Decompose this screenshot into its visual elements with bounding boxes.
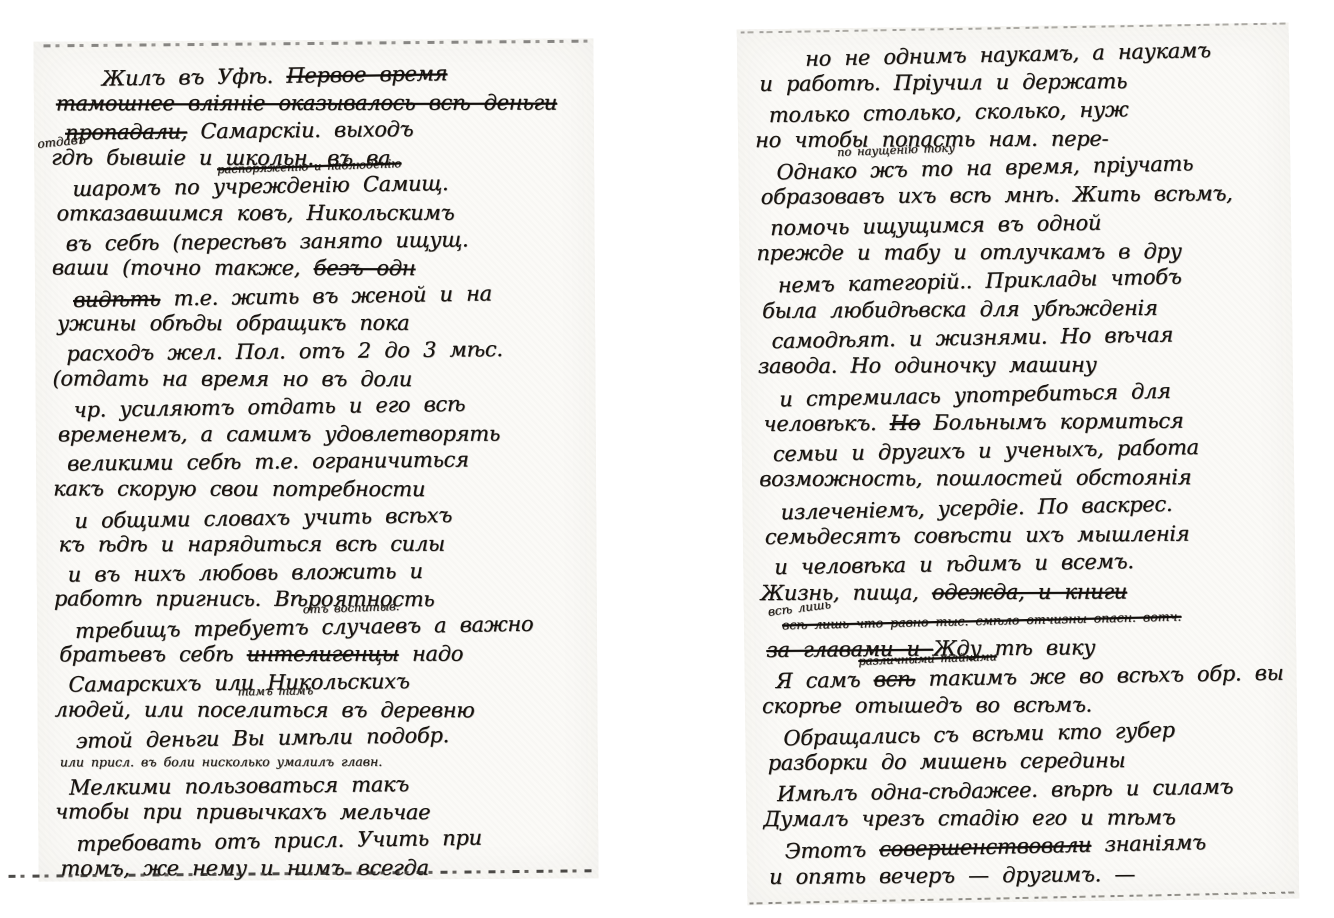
manuscript-line: великими себѣ т.е. ограничиться — [67, 445, 592, 478]
handwritten-text: шаромъ по учрежденію Самищ. — [72, 171, 448, 201]
manuscript-line: расходъ жел. Пол. отъ 2 до 3 мѣс. — [66, 335, 591, 368]
struck-handwritten-text: всѣ — [873, 666, 915, 691]
handwritten-text: Имѣлъ одна-сѣдажее. вѣрѣ и силамъ — [777, 774, 1234, 806]
scan-edge-bottom — [749, 891, 1299, 904]
handwritten-text: какъ скорую свои потребности — [53, 476, 425, 501]
handwritten-text: въ себѣ (пересѣвъ занято ищущ. — [66, 227, 469, 255]
struck-handwritten-text: одежда, и книги — [932, 579, 1127, 604]
handwritten-text: Этотъ — [784, 838, 879, 864]
handwritten-text: и стремилась употребиться для — [779, 378, 1171, 411]
scan-edge-top — [43, 40, 587, 48]
handwritten-text: только столько, сколько, нуж — [769, 97, 1129, 127]
handwritten-text: семьи и другихъ и ученыхъ, работа — [773, 435, 1199, 466]
handwritten-text: такимъ же во всѣхъ обр. вы — [915, 660, 1284, 690]
manuscript-line: и опять вечеръ — другимъ. — — [769, 858, 1295, 890]
handwritten-text: Жизнь, пища, — [761, 580, 932, 605]
struck-handwritten-text: равно тыс. смѣло отчизны опасн. вотч. — [890, 609, 1182, 630]
manuscript-line: чр. усиляютъ отдать и его всѣ — [73, 389, 591, 425]
handwritten-text: была любидѣвска для убѣжденія — [762, 296, 1158, 323]
handwritten-text: къ ѣдѣ и нарядиться всѣ силы — [58, 532, 444, 557]
struck-handwritten-text: тамошнее вліяніе оказывалось всѣ деньги — [56, 90, 557, 115]
manuscript-page-right: но не однимъ наукамъ, а наукамъи работѣ.… — [737, 23, 1300, 906]
handwritten-text: завода. Но одиночку машину — [758, 353, 1097, 378]
handwritten-text: братьевъ себѣ — [59, 643, 247, 667]
manuscript-line: томъ, же нему и нимъ всегда — [60, 854, 594, 883]
manuscript-line: и въ нихъ любовь вложить и — [68, 556, 593, 589]
scan-edge-top — [741, 22, 1287, 33]
manuscript-page-left: Жилъ въ Уфѣ. Первое времятамошнее вліяні… — [33, 38, 598, 881]
handwritten-text: чр. усиляютъ отдать и его всѣ — [74, 392, 466, 422]
handwritten-text: людей, или поселиться въ деревню — [55, 697, 475, 722]
handwritten-text: Думалъ чрезъ стадію его и тѣмъ — [763, 805, 1175, 831]
handwriting-block: но не однимъ наукамъ, а наукамъи работѣ.… — [753, 37, 1295, 892]
manuscript-line: временемъ, а самимъ удовлетворять — [58, 420, 592, 449]
manuscript-line: Мелкими пользоваться такъ — [69, 769, 594, 802]
struck-handwritten-text: видѣть — [73, 286, 161, 311]
handwritten-text: т.е. жить въ женой и на — [160, 281, 492, 310]
manuscript-line: пропадали, Самарскіи. выходъ — [65, 114, 590, 147]
handwritten-text: расходъ жел. Пол. отъ 2 до 3 мѣс. — [66, 337, 503, 366]
manuscript-line: требовать отъ присл. Учить при — [76, 823, 594, 859]
struck-handwritten-text: всѣ лишь что — [782, 615, 890, 632]
manuscript-line: братьевъ себѣ интелигенцы надо — [59, 641, 593, 670]
manuscript-line: тамошнее вліяніе оказывалось всѣ деньги — [56, 89, 590, 118]
handwriting-block: Жилъ въ Уфѣ. Первое времятамошнее вліяні… — [50, 60, 595, 884]
handwritten-text: ужины обѣды обращикъ пока — [57, 311, 409, 336]
handwritten-text: прежде и табу и отлучкамъ в дру — [756, 239, 1181, 265]
handwritten-text: возможность, пошлостей обстоянія — [759, 466, 1191, 492]
handwritten-text: Мелкими пользоваться такъ — [69, 772, 409, 800]
manuscript-line: Жилъ въ Уфѣ. Первое время — [101, 58, 589, 93]
handwritten-text: томъ, же нему и нимъ всегда — [60, 855, 428, 880]
handwritten-text: отказавшимся ковъ, Никольскимъ — [56, 201, 454, 226]
handwritten-text: знаніямъ — [1091, 830, 1206, 856]
handwritten-text: немъ категорій.. Приклады чтобъ — [778, 265, 1182, 298]
handwritten-text: Самарскіи. выходъ — [187, 117, 413, 143]
interlinear-insertion: отъ воспитыв. — [302, 601, 399, 615]
handwritten-text: Жилъ въ Уфѣ. — [101, 64, 286, 91]
handwritten-text: и работѣ. Пріучил и держать — [759, 69, 1127, 96]
handwritten-text: человѣкъ. — [763, 411, 889, 436]
manuscript-line: въ себѣ (пересѣвъ занято ищущ. — [66, 225, 591, 258]
handwritten-text: помочь ищущимся въ одной — [770, 210, 1101, 239]
handwritten-text: и въ нихъ любовь вложить и — [68, 559, 423, 587]
manuscript-line: этой деньги Вы имѣли подобр. — [76, 720, 594, 756]
handwritten-text: образовавъ ихъ всѣ мнѣ. Жить всѣмъ, — [761, 182, 1233, 210]
handwritten-text: и общими словахъ учить всѣхъ — [74, 503, 452, 533]
handwritten-text: и человѣка и ѣдимъ и всемъ. — [774, 549, 1134, 579]
handwritten-text: семьдесятъ совѣсти ихъ мышленія — [765, 522, 1190, 549]
handwritten-text: требовать отъ присл. Учить при — [76, 826, 482, 856]
handwritten-text: скорѣе отышедъ во всѣмъ. — [762, 692, 1092, 717]
struck-handwritten-text: интелигенцы — [247, 642, 399, 666]
manuscript-line: распоряженію и наблюденіюшаромъ по учреж… — [72, 168, 590, 204]
interlinear-insertion: тамъ тамъ — [238, 685, 314, 697]
handwritten-text: надо — [399, 642, 464, 666]
handwritten-text: самодѣят. и жизнями. Но вѣчая — [771, 322, 1173, 353]
struck-handwritten-text: безъ одн — [314, 256, 416, 280]
handwritten-text: великими себѣ т.е. ограничиться — [67, 448, 469, 476]
handwritten-text: этой деньги Вы имѣли подобр. — [76, 723, 450, 753]
handwritten-text: (отдать на время но въ доли — [52, 366, 412, 391]
handwritten-text: требищъ требуетъ случаевъ а важно — [75, 612, 534, 643]
handwritten-text: ваши (точно также, — [52, 256, 314, 280]
manuscript-line: къ ѣдѣ и нарядиться всѣ силы — [58, 531, 592, 560]
handwritten-text: чтобы при привычкахъ мельчае — [55, 800, 430, 825]
handwritten-text: временемъ, а самимъ удовлетворять — [58, 421, 500, 446]
manuscript-line: ваши (точно также, безъ одн — [52, 255, 591, 284]
manuscript-line: какъ скорую свои потребности — [53, 475, 592, 504]
struck-handwritten-text: совершенствовали — [879, 833, 1092, 862]
struck-handwritten-text: Но — [890, 411, 921, 435]
handwritten-text: разборки до мишень середины — [768, 749, 1126, 776]
struck-handwritten-text: Первое время — [286, 61, 447, 88]
handwritten-text: и опять вечеръ — другимъ. — — [769, 862, 1135, 889]
handwritten-text: Больнымъ кормиться — [920, 409, 1184, 435]
manuscript-line: Самарскихъ или Никольскихъ — [68, 666, 593, 699]
interlinear-insertion: различными тайнами — [858, 651, 997, 667]
manuscript-line: отказавшимся ковъ, Никольскимъ — [56, 199, 590, 228]
manuscript-line: ужины обѣды обращикъ пока — [57, 310, 591, 339]
handwritten-text: или присл. въ боли нисколько умалилъ гла… — [60, 754, 382, 770]
handwritten-text: Я самъ — [775, 667, 873, 693]
